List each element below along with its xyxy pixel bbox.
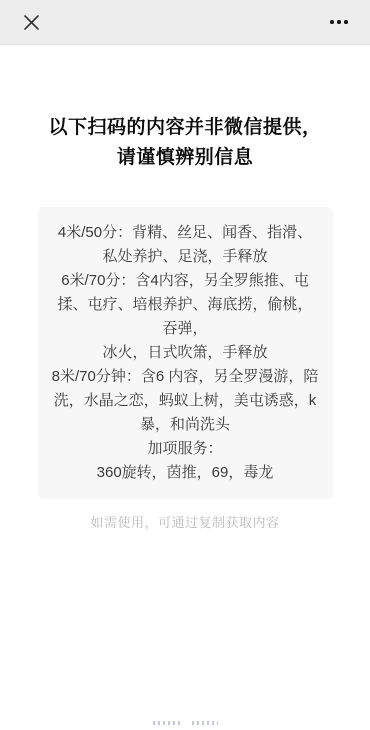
bottom-clipped-text [0, 721, 370, 725]
clipped-text-fragment-left [153, 721, 181, 725]
scanned-content-box: 4米/50分：背精、丝足、闻香、指滑、 私处养护、足浇，手释放 6米/70分：含… [38, 207, 333, 499]
clipped-text-fragment-right [192, 721, 218, 725]
close-icon [23, 14, 40, 31]
copy-hint-text: 如需使用，可通过复制获取内容 [0, 512, 370, 531]
scanned-text[interactable]: 4米/50分：背精、丝足、闻香、指滑、 私处养护、足浇，手释放 6米/70分：含… [47, 221, 324, 485]
titlebar [0, 0, 370, 45]
close-button[interactable] [17, 8, 45, 36]
more-icon [330, 20, 348, 24]
more-options-button[interactable] [325, 8, 353, 36]
scan-warning-title: 以下扫码的内容并非微信提供， 请谨慎辨别信息 [0, 113, 370, 173]
